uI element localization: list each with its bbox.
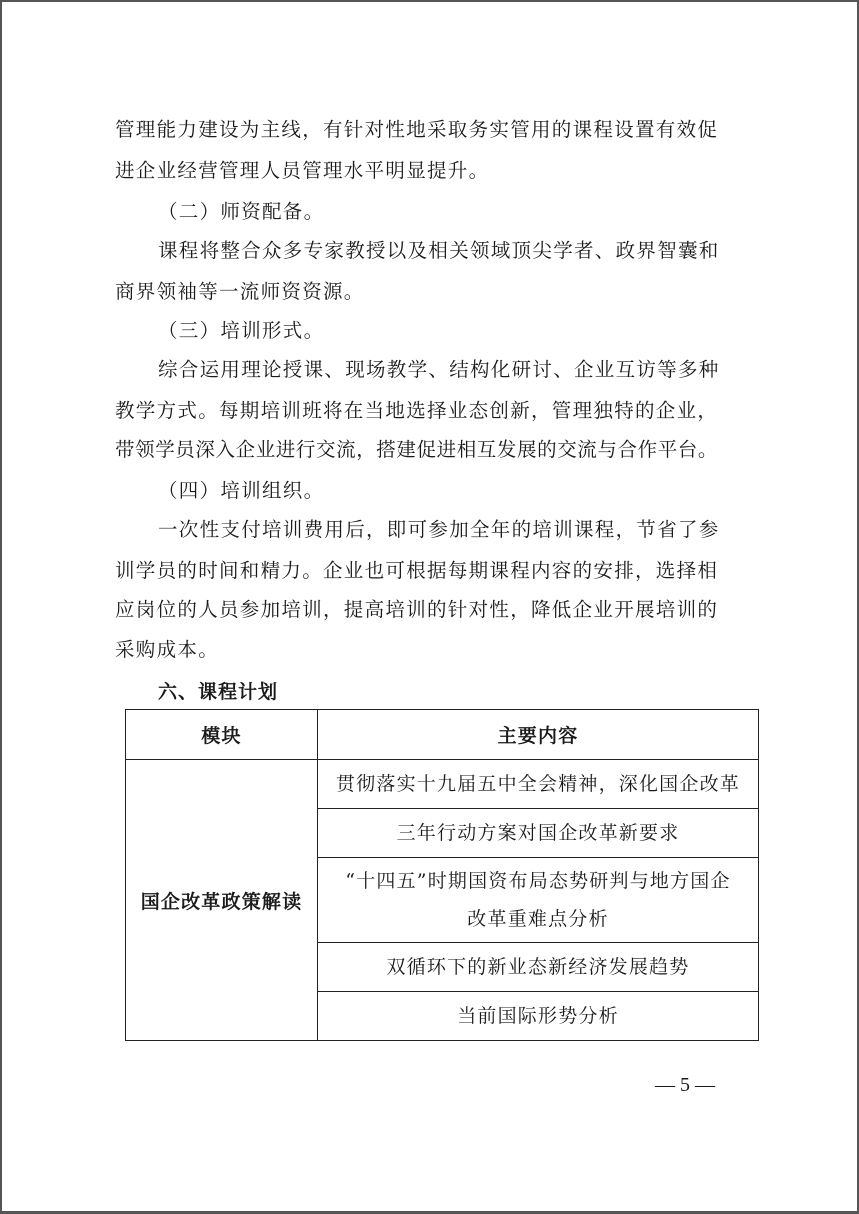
content-cell: 三年行动方案对国企改革新要求	[318, 809, 759, 858]
header-content: 主要内容	[318, 710, 759, 760]
header-module: 模块	[126, 710, 318, 760]
content-cell: 双循环下的新业态新经济发展趋势	[318, 943, 759, 992]
paragraph-line: 教学方式。每期培训班将在当地选择业态创新，管理独特的企业，	[115, 399, 718, 423]
content-line: 改革重难点分析	[318, 900, 758, 938]
paragraph-line: 综合运用理论授课、现场教学、结构化研讨、企业互访等多种	[158, 358, 720, 382]
paragraph-line: 训学员的时间和精力。企业也可根据每期课程内容的安排，选择相	[115, 559, 718, 583]
section-title: 六、课程计划	[158, 680, 278, 704]
paragraph-line: 管理能力建设为主线，有针对性地采取务实管用的课程设置有效促	[115, 118, 718, 142]
page-number: — 5 —	[655, 1074, 715, 1097]
subheading-format: （三）培训形式。	[158, 319, 324, 343]
paragraph-line: 带领学员深入企业进行交流，搭建促进相互发展的交流与合作平台。	[115, 438, 718, 462]
paragraph-line: 一次性支付培训费用后，即可参加全年的培训课程，节省了参	[158, 518, 720, 542]
content-cell: “十四五”时期国资布局态势研判与地方国企 改革重难点分析	[318, 858, 759, 943]
paragraph-line: 课程将整合众多专家教授以及相关领域顶尖学者、政界智囊和	[158, 239, 720, 263]
subheading-teachers: （二）师资配备。	[158, 200, 324, 224]
subheading-organization: （四）培训组织。	[158, 479, 324, 503]
content-cell: 当前国际形势分析	[318, 992, 759, 1041]
paragraph-line: 进企业经营管理人员管理水平明显提升。	[115, 159, 489, 183]
module-cell: 国企改革政策解读	[126, 760, 318, 1041]
content-line: “十四五”时期国资布局态势研判与地方国企	[318, 862, 758, 900]
content-cell: 贯彻落实十九届五中全会精神，深化国企改革	[318, 760, 759, 809]
paragraph-line: 商界领袖等一流师资资源。	[115, 280, 365, 304]
course-plan-table: 模块 主要内容 国企改革政策解读 贯彻落实十九届五中全会精神，深化国企改革 三年…	[125, 709, 759, 1041]
paragraph-line: 应岗位的人员参加培训，提高培训的针对性，降低企业开展培训的	[115, 598, 718, 622]
table-row: 国企改革政策解读 贯彻落实十九届五中全会精神，深化国企改革	[126, 760, 759, 809]
table-header-row: 模块 主要内容	[126, 710, 759, 760]
paragraph-line: 采购成本。	[115, 638, 219, 662]
